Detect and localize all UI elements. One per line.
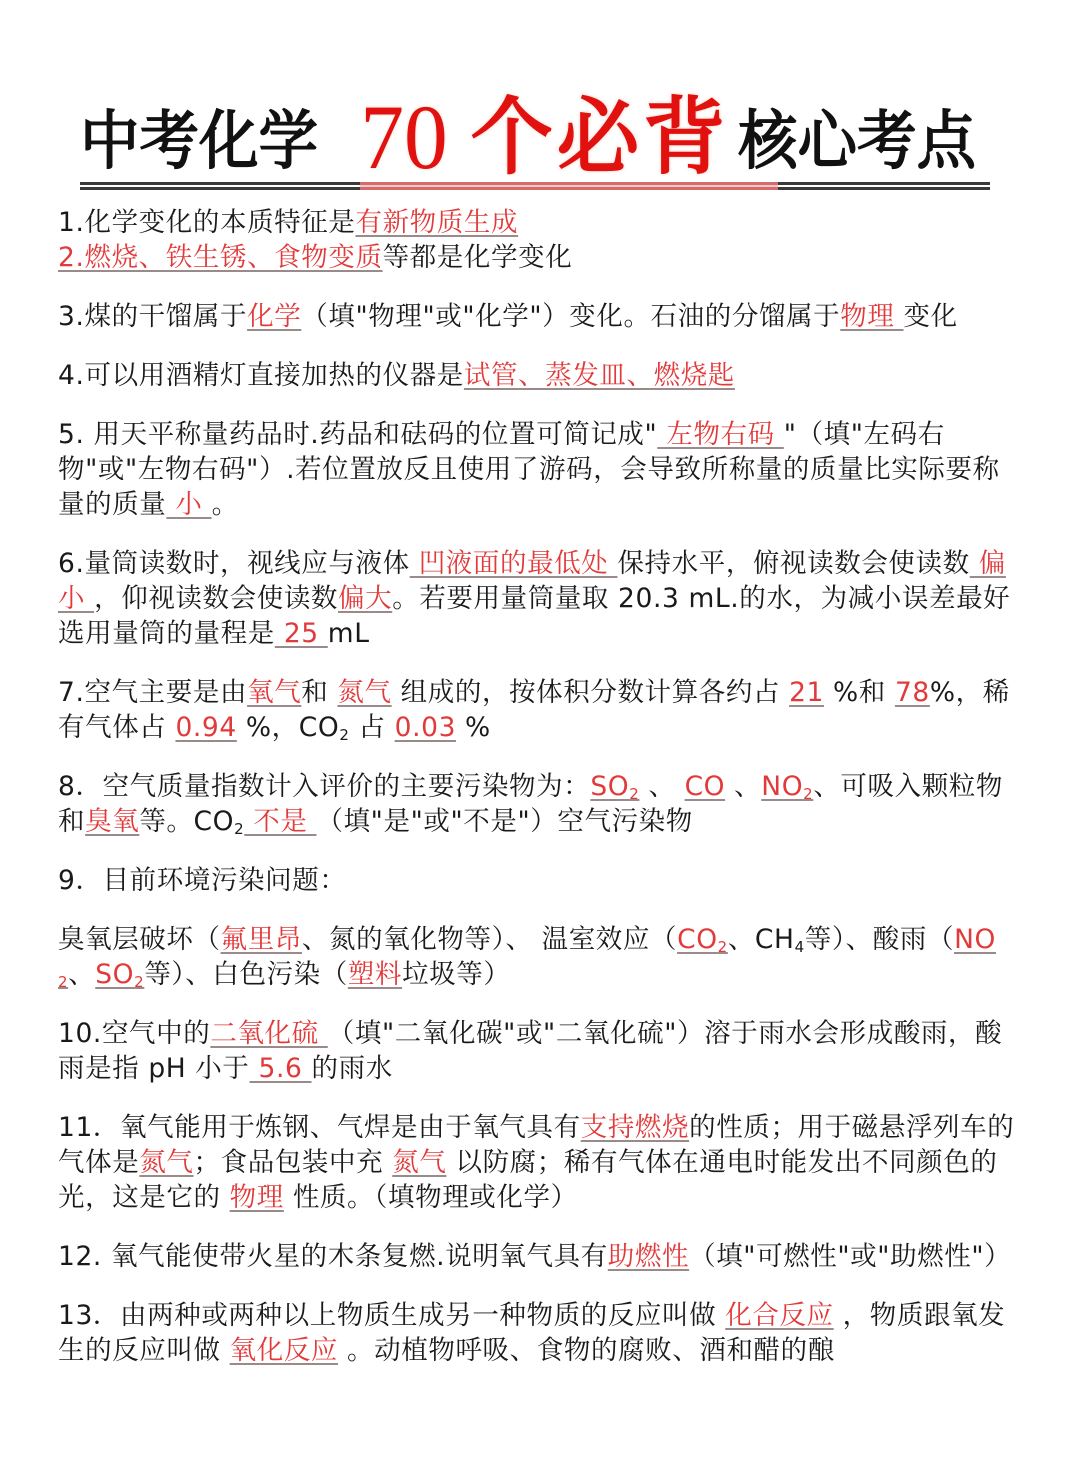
title-highlight: 个必背 (471, 92, 730, 182)
answer-blank: 物理 (230, 1182, 284, 1213)
point-text: %和 (824, 677, 895, 708)
point-text: 5. 用天平称量药品时.药品和砝码的位置可简记成" (58, 419, 657, 450)
point-text: （填"是"或"不是"）空气污染物 (316, 806, 692, 837)
point-text: 6.量筒读数时，视线应与液体 (58, 548, 410, 579)
point-text: 等）、白色污染（ (144, 959, 348, 990)
point-text: 变化 (904, 301, 958, 332)
point-text: 8．空气质量指数计入评价的主要污染物为： (58, 771, 590, 802)
answer-blank: 氮气 (392, 1147, 446, 1178)
answer-blank: 氮气 (337, 677, 391, 708)
subscript: 4 (795, 938, 805, 956)
subscript: 2 (339, 726, 349, 744)
point-text: 和 (301, 677, 337, 708)
point-text: 占 (349, 712, 394, 743)
point-text: 4.可以用酒精灯直接加热的仪器是 (58, 360, 464, 391)
answer-blank: 左物右码 (657, 419, 783, 450)
point-text: （填"可燃性"或"助燃性"） (689, 1241, 1011, 1272)
point-text: （填"物理"或"化学"）变化。石油的分馏属于 (301, 301, 840, 332)
title-underline-divider (80, 182, 990, 190)
point-text: 3.煤的干馏属于 (58, 301, 247, 332)
answer-blank: 氟里昂 (221, 924, 302, 955)
key-points-list: 1.化学变化的本质特征是有新物质生成 2.燃烧、铁生锈、食物变质等都是化学变化 … (58, 205, 1018, 1368)
answer-blank: 化合反应 (725, 1300, 833, 1331)
point-text: 1.化学变化的本质特征是 (58, 207, 355, 238)
answer-blank: 支持燃烧 (581, 1112, 689, 1143)
answer-blank: 0.94 (175, 712, 236, 743)
answer-blank: SO2 (95, 959, 144, 990)
point-5: 5. 用天平称量药品时.药品和砝码的位置可简记成" 左物右码 "（填"左码右物"… (58, 417, 1018, 522)
answer-blank: 助燃性 (608, 1241, 689, 1272)
point-text: 、氮的氧化物等）、 温室效应（ (302, 924, 677, 955)
point-10: 10.空气中的二氧化硫 （填"二氧化碳"或"二氧化硫"）溶于雨水会形成酸雨，酸雨… (58, 1016, 1018, 1086)
title-prefix: 中考化学 (80, 102, 333, 182)
title-number: 70 (360, 92, 447, 182)
point-text: % (456, 712, 491, 743)
point-text: ，仰视读数会使读数 (94, 583, 338, 614)
answer-blank: 25 (275, 618, 328, 649)
point-text: 组成的，按体积分数计算各约占 (392, 677, 789, 708)
point-1: 1.化学变化的本质特征是有新物质生成 (58, 205, 1018, 240)
point-text: 7.空气主要是由 (58, 677, 247, 708)
answer-blank: 5.6 (250, 1053, 312, 1084)
answer-blank: 2.燃烧、铁生锈、食物变质 (58, 242, 383, 273)
answer-blank: NO2 (761, 771, 813, 802)
point-4: 4.可以用酒精灯直接加热的仪器是试管、蒸发皿、燃烧匙 (58, 358, 1018, 393)
title-suffix: 核心考点 (738, 102, 976, 182)
point-7: 7.空气主要是由氧气和 氮气 组成的，按体积分数计算各约占 21 %和 78%，… (58, 675, 1018, 745)
point-text: 垃圾等） (402, 959, 510, 990)
answer-blank: 有新物质生成 (355, 207, 518, 238)
answer-blank: 塑料 (348, 959, 402, 990)
answer-blank: 0.03 (395, 712, 456, 743)
answer-blank: 凹液面的最低处 (410, 548, 618, 579)
answer-blank: 氧气 (247, 677, 301, 708)
point-9-detail: 臭氧层破坏（氟里昂、氮的氧化物等）、 温室效应（CO2、CH4等）、酸雨（NO2… (58, 922, 1018, 992)
point-text: 性质。（填物理或化学） (284, 1182, 578, 1213)
point-3: 3.煤的干馏属于化学（填"物理"或"化学"）变化。石油的分馏属于物理 变化 (58, 299, 1018, 334)
point-11: 11．氧气能用于炼钢、气焊是由于氧气具有支持燃烧的性质；用于磁悬浮列车的气体是氮… (58, 1110, 1018, 1215)
point-6: 6.量筒读数时，视线应与液体 凹液面的最低处 保持水平，俯视读数会使读数 偏小 … (58, 546, 1018, 651)
point-text: %，CO (237, 712, 339, 743)
point-13: 13．由两种或两种以上物质生成另一种物质的反应叫做 化合反应 ，物质跟氧发生的反… (58, 1298, 1018, 1368)
point-text: 、 (725, 771, 761, 802)
answer-blank: 臭氧 (85, 806, 139, 837)
answer-blank: SO2 (590, 771, 639, 802)
answer-blank: 氧化反应 (230, 1335, 338, 1366)
point-12: 12. 氧气能使带火星的木条复燃.说明氧气具有助燃性（填"可燃性"或"助燃性"） (58, 1239, 1018, 1274)
point-text: 、 (68, 959, 95, 990)
answer-blank: 氮气 (139, 1147, 193, 1178)
answer-blank: 化学 (247, 301, 301, 332)
point-text: 臭氧层破坏（ (58, 924, 221, 955)
page-title: 中考化学 70 个必背 核心考点 (80, 92, 1000, 182)
point-8: 8．空气质量指数计入评价的主要污染物为：SO2 、 CO 、NO2、可吸入颗粒物… (58, 769, 1018, 839)
point-text: 13．由两种或两种以上物质生成另一种物质的反应叫做 (58, 1300, 725, 1331)
point-text: 。 (212, 489, 239, 520)
answer-blank: 78 (895, 677, 930, 708)
point-text: 12. 氧气能使带火星的木条复燃.说明氧气具有 (58, 1241, 608, 1272)
answer-blank: 偏大 (338, 583, 392, 614)
answer-blank: 不是 (244, 806, 316, 837)
point-text: ；食品包装中充 (194, 1147, 393, 1178)
point-text: mL (328, 618, 370, 649)
point-text: 的雨水 (312, 1053, 393, 1084)
answer-blank: 二氧化硫 (210, 1018, 327, 1049)
point-text: 等。CO (139, 806, 234, 837)
point-2: 2.燃烧、铁生锈、食物变质等都是化学变化 (58, 240, 1018, 275)
point-text: 。动植物呼吸、食物的腐败、酒和醋的酿 (338, 1335, 835, 1366)
point-text: 10.空气中的 (58, 1018, 210, 1049)
answer-blank: CO2 (677, 924, 728, 955)
point-9: 9．目前环境污染问题： (58, 863, 1018, 898)
answer-blank: 小 (166, 489, 211, 520)
answer-blank: 试管、蒸发皿、燃烧匙 (464, 360, 735, 391)
answer-blank: 物理 (840, 301, 903, 332)
subscript: 2 (234, 820, 244, 838)
point-text: 等）、酸雨（ (805, 924, 954, 955)
point-text: 等都是化学变化 (383, 242, 573, 273)
point-text: 、 (639, 771, 684, 802)
point-text: 11．氧气能用于炼钢、气焊是由于氧气具有 (58, 1112, 581, 1143)
answer-blank: CO (685, 771, 726, 802)
answer-blank: 21 (789, 677, 824, 708)
point-text: 9．目前环境污染问题： (58, 865, 346, 896)
point-text: 、CH (728, 924, 795, 955)
point-text: 保持水平，俯视读数会使读数 (617, 548, 969, 579)
